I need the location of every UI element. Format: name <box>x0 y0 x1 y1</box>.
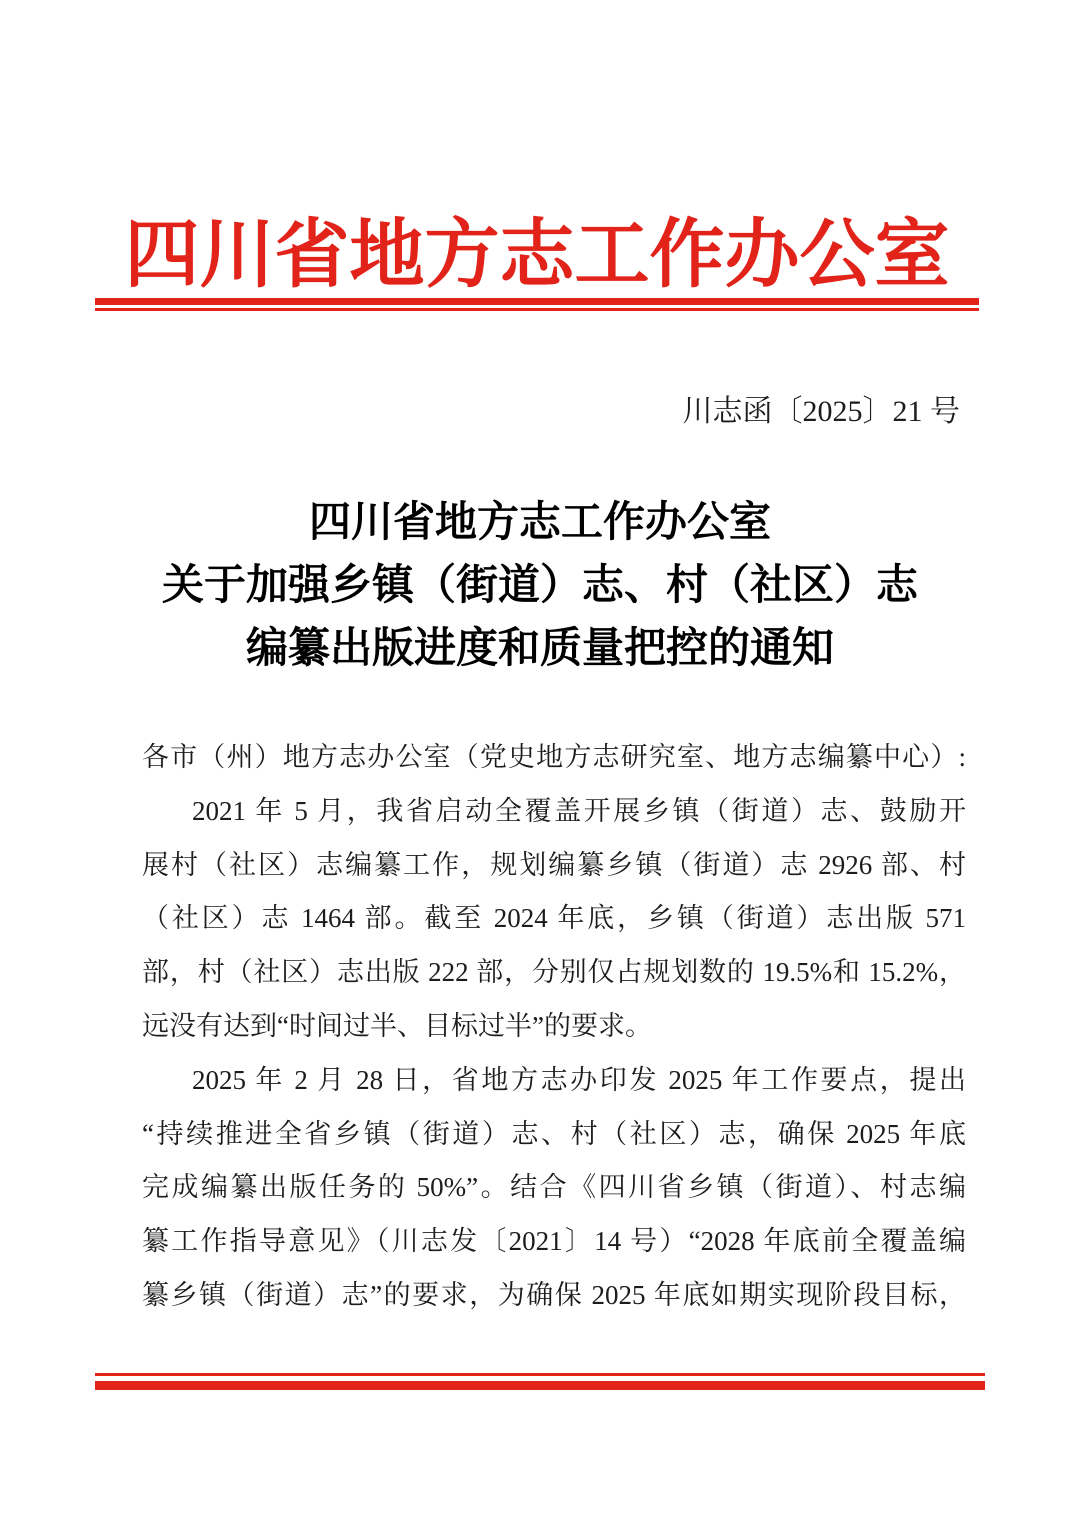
masthead-title: 四川省地方志工作办公室 <box>95 206 979 306</box>
footer-rule-thick <box>95 1381 985 1390</box>
body-line: 纂乡镇（街道）志”的要求，为确保 2025 年底如期实现阶段目标， <box>142 1269 966 1323</box>
doc-title-line-3: 编纂出版进度和质量把控的通知 <box>0 618 1080 681</box>
body-text: 各市（州）地方志办公室（党史地方志研究室、地方志编纂中心）: 2021 年 5 … <box>142 731 966 1323</box>
doc-number: 川志函〔2025〕21 号 <box>0 386 960 430</box>
body-line: （社区）志 1464 部。截至 2024 年底，乡镇（街道）志出版 571 <box>142 892 966 946</box>
salutation-line: 各市（州）地方志办公室（党史地方志研究室、地方志编纂中心）: <box>142 731 966 785</box>
body-line: 展村（社区）志编纂工作，规划编纂乡镇（街道）志 2926 部、村 <box>142 839 966 893</box>
document-page: 四川省地方志工作办公室 川志函〔2025〕21 号 四川省地方志工作办公室 关于… <box>0 0 1080 1527</box>
body-line: 远没有达到“时间过半、目标过半”的要求。 <box>142 1000 966 1054</box>
body-line: 2025 年 2 月 28 日，省地方志办印发 2025 年工作要点，提出 <box>142 1054 966 1108</box>
masthead-rule-thin <box>95 308 979 311</box>
doc-title-line-2: 关于加强乡镇（街道）志、村（社区）志 <box>0 555 1080 618</box>
body-line: 纂工作指导意见》（川志发〔2021〕14 号）“2028 年底前全覆盖编 <box>142 1215 966 1269</box>
body-line: “持续推进全省乡镇（街道）志、村（社区）志，确保 2025 年底 <box>142 1108 966 1162</box>
body-line: 2021 年 5 月，我省启动全覆盖开展乡镇（街道）志、鼓励开 <box>142 785 966 839</box>
masthead-rule-thick <box>95 298 979 305</box>
body-line: 部，村（社区）志出版 222 部，分别仅占规划数的 19.5%和 15.2%， <box>142 946 966 1000</box>
doc-title: 四川省地方志工作办公室 关于加强乡镇（街道）志、村（社区）志 编纂出版进度和质量… <box>0 492 1080 681</box>
doc-title-line-1: 四川省地方志工作办公室 <box>0 492 1080 555</box>
body-line: 完成编纂出版任务的 50%”。结合《四川省乡镇（街道）、村志编 <box>142 1161 966 1215</box>
footer-rule-thin <box>95 1373 985 1376</box>
